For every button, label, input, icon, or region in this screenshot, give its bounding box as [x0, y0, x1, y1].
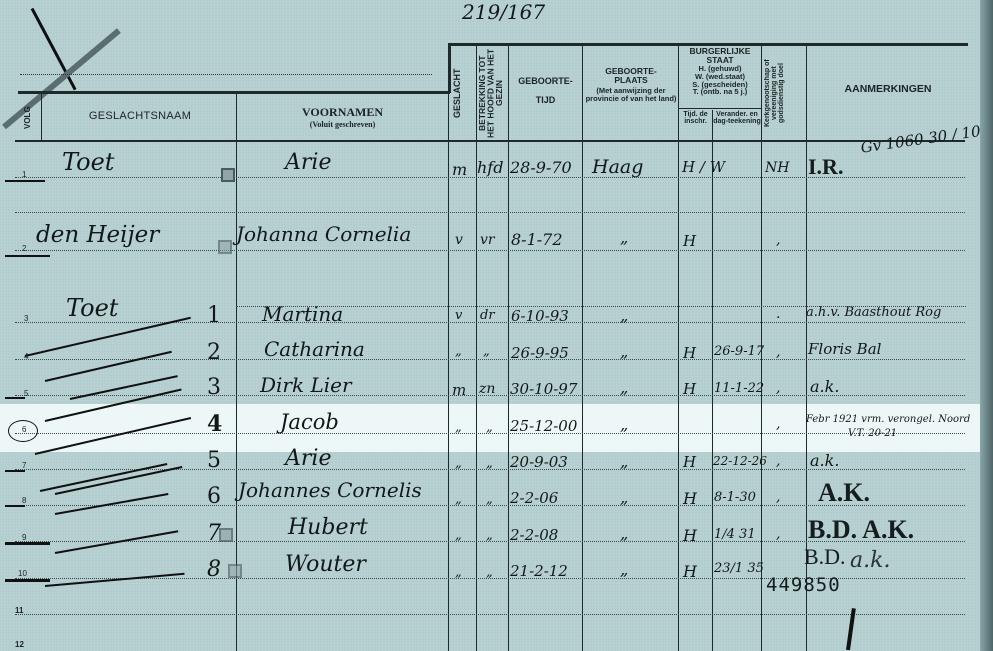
- header-bs-verander: Verander. en dag-teekening: [713, 111, 761, 126]
- reference-number: 219/167: [462, 0, 545, 24]
- header-geboorteplaats: GEBOORTE- PLAATS (Met aanwijzing der pro…: [584, 67, 678, 103]
- birthdate: 21-2-12: [510, 562, 568, 580]
- ditto-strike: [55, 530, 178, 554]
- birthplace: „: [620, 524, 628, 543]
- ditto-strike: [45, 351, 172, 382]
- child-number: 8: [207, 557, 221, 582]
- relation: zn: [479, 381, 495, 397]
- birthplace: „: [620, 306, 628, 325]
- birthdate: 28-9-70: [510, 158, 572, 177]
- row-number: 10: [18, 569, 27, 578]
- sex: „: [455, 420, 462, 435]
- row-number: 7: [22, 461, 26, 470]
- civil-status: H: [683, 489, 697, 508]
- row-line: [15, 614, 965, 615]
- firstname: Arie: [285, 150, 331, 175]
- civil-status: H: [683, 344, 696, 362]
- row-number: 11: [15, 606, 23, 615]
- ditto-strike: [55, 466, 183, 495]
- header-geboortetijd-line2: TIJD: [509, 96, 582, 105]
- church: .: [776, 306, 780, 322]
- relation: „: [486, 492, 493, 507]
- ditto-strike: [70, 375, 178, 400]
- firstname: Wouter: [285, 552, 366, 577]
- checkbox-mark: [219, 528, 233, 542]
- registration-card: 219/167 VOLG GESLACHTSNAAM VOORNAMEN (Vo…: [0, 0, 980, 651]
- civil-status: H: [683, 453, 696, 471]
- relation: dr: [480, 308, 495, 323]
- checkbox-mark: [221, 168, 235, 182]
- birthplace: „: [620, 560, 628, 579]
- header-bottom-rule: [15, 140, 965, 142]
- relation: „: [486, 565, 493, 580]
- child-number: 1: [207, 303, 221, 328]
- church: ,: [776, 232, 780, 248]
- church: ,: [776, 344, 780, 360]
- row-line: [15, 212, 965, 213]
- remark-stamp: B.D.: [804, 544, 846, 570]
- birthdate: 2-2-08: [510, 526, 558, 544]
- civil-status: H / W: [682, 158, 725, 176]
- header-kerkgenootschap: Kerkgenootschap of vereeniging met godsd…: [764, 47, 804, 139]
- header-step-rule: [18, 91, 450, 94]
- birthplace: „: [620, 228, 628, 247]
- relation: vr: [480, 232, 495, 248]
- church: ,: [776, 526, 780, 542]
- checkbox-mark: [228, 564, 242, 578]
- header-geslacht: GESLACHT: [453, 50, 462, 136]
- header-bs-title: BURGERLIJKE STAAT: [679, 47, 761, 65]
- header-geboorteplaats-sub: (Met aanwijzing der provincie of van het…: [584, 87, 678, 103]
- col-line-betrekking: [476, 43, 477, 651]
- birthdate: 8-1-72: [511, 230, 563, 249]
- church: ,: [776, 489, 780, 505]
- civil-date: 22-12-26: [713, 454, 767, 468]
- row-line: [15, 250, 965, 251]
- birthplace: „: [620, 452, 628, 471]
- ditto-strike: [40, 463, 168, 492]
- child-number: 2: [207, 340, 221, 365]
- birthdate: 30-10-97: [510, 380, 577, 398]
- header-volg: VOLG: [24, 100, 32, 136]
- birthplace: „: [620, 378, 628, 397]
- col-line-verander: [712, 110, 713, 651]
- col-line-geboorteplaats: [582, 43, 583, 651]
- row-number: 2: [22, 244, 26, 253]
- checkbox-mark: [218, 240, 232, 254]
- header-aanmerkingen: AANMERKINGEN: [808, 84, 968, 95]
- birthdate: 26-9-95: [511, 344, 569, 362]
- burgerlijke-subrule: [678, 108, 761, 109]
- relation: „: [486, 420, 493, 435]
- remark-stamp: A.K.: [818, 478, 870, 508]
- row-circle-mark: [8, 420, 38, 442]
- child-number: 3: [207, 375, 221, 400]
- birthplace: „: [620, 488, 628, 507]
- child-number: 5: [207, 448, 221, 473]
- margin-tick: [5, 180, 45, 182]
- col-line-burgerlijke: [678, 43, 679, 651]
- surname: Toet: [66, 294, 118, 322]
- remark-note: a.k.: [850, 548, 890, 573]
- civil-date: 23/1 35: [714, 561, 764, 576]
- birthdate: 25-12-00: [510, 417, 577, 435]
- birthdate: 2-2-06: [510, 489, 558, 507]
- remark-note: Gv 1060 30 / 1015 6: [859, 117, 993, 156]
- relation: „: [486, 528, 493, 543]
- header-voornamen: VOORNAMEN: [240, 106, 445, 119]
- remark-note-sub: V.T. 20-21: [848, 428, 897, 439]
- relation: „: [483, 344, 490, 359]
- row-number: 1: [22, 170, 26, 179]
- header-dotted-guide: [20, 74, 432, 75]
- birthplace: „: [620, 342, 628, 361]
- birthplace: „: [620, 415, 628, 434]
- header-geboortetijd: GEBOORTE- TIJD: [509, 77, 582, 106]
- header-step-vertical: [448, 43, 451, 93]
- card-edge: [980, 0, 993, 651]
- header-geslachtsnaam: GESLACHTSNAAM: [60, 111, 220, 123]
- header-geboorteplaats-line2: PLAATS: [584, 76, 678, 85]
- sex: v: [455, 232, 463, 248]
- remark-stamp: B.D. A.K.: [808, 515, 914, 545]
- firstname: Catharina: [264, 337, 365, 361]
- col-line-volg: [41, 93, 42, 140]
- firstname: Martina: [262, 302, 343, 326]
- remark-note: a.k.: [810, 377, 839, 396]
- row-number: 8: [22, 496, 26, 505]
- firstname: Dirk Lier: [260, 373, 352, 397]
- remark-stamp: I.R.: [808, 154, 843, 180]
- civil-date: 8-1-30: [714, 490, 756, 505]
- firstname: Johannes Cornelis: [238, 478, 422, 502]
- row-number: 9: [22, 533, 26, 542]
- civil-date: 1/4 31: [714, 527, 756, 542]
- civil-status: H: [683, 232, 696, 250]
- row-number: 12: [15, 640, 24, 649]
- civil-date: 26-9-17: [714, 344, 764, 359]
- margin-tick: [5, 255, 50, 257]
- header-geboortetijd-line1: GEBOORTE-: [509, 77, 582, 86]
- sex: „: [455, 456, 462, 471]
- cross-mark: [31, 8, 77, 91]
- margin-tick: [5, 397, 25, 399]
- civil-status: H: [683, 526, 697, 545]
- remark-note: Floris Bal: [808, 340, 881, 358]
- firstname: Arie: [285, 446, 331, 471]
- firstname: Hubert: [288, 515, 368, 540]
- row-line: [15, 359, 965, 360]
- margin-tick: [5, 470, 25, 472]
- remark-note: Febr 1921 vrm. verongel. Noord: [806, 414, 970, 425]
- child-number: 4: [207, 411, 222, 437]
- civil-status: H: [683, 562, 697, 581]
- church: ,: [776, 416, 780, 432]
- remark-note: a.k.: [810, 451, 839, 470]
- civil-date: 11-1-22: [714, 381, 764, 396]
- remark-note: a.h.v. Baasthout Rog: [806, 305, 941, 320]
- sex: „: [455, 492, 462, 507]
- header-bs-tijd: Tijd. de inschr.: [679, 111, 712, 126]
- firstname: Jacob: [280, 410, 339, 434]
- col-line-geboortetijd: [508, 43, 509, 651]
- firstname: Johanna Cornelia: [236, 222, 411, 246]
- header-voornamen-sub: (Voluit geschreven): [240, 121, 445, 129]
- stamp-number: 449850: [766, 574, 841, 596]
- birthdate: 6-10-93: [511, 307, 569, 325]
- church: NH: [765, 160, 789, 176]
- header-burgerlijke-staat: BURGERLIJKE STAAT H. (gehuwd) W. (wed.st…: [679, 47, 761, 96]
- header-betrekking: BETREKKING TOT HET HOOFD VAN HET GEZIN: [478, 47, 506, 139]
- sex: m: [452, 381, 466, 399]
- birthdate: 20-9-03: [510, 453, 568, 471]
- church: ,: [776, 380, 780, 396]
- civil-status: H: [683, 380, 696, 398]
- church: ,: [776, 453, 780, 469]
- sex: m: [452, 160, 467, 179]
- ditto-strike: [45, 573, 185, 587]
- birthplace: Haag: [592, 156, 643, 178]
- sex: „: [455, 565, 462, 580]
- sex: „: [455, 528, 462, 543]
- margin-tick: [5, 579, 50, 582]
- margin-tick: [5, 542, 50, 545]
- surname: den Heijer: [36, 222, 159, 248]
- relation: „: [486, 456, 493, 471]
- sex: „: [455, 344, 462, 359]
- margin-tick: [5, 505, 25, 507]
- sex: v: [455, 308, 462, 323]
- row-number: 3: [24, 314, 28, 323]
- child-number: 6: [207, 484, 221, 509]
- ditto-strike: [55, 493, 169, 515]
- surname: Toet: [62, 148, 114, 176]
- header-bs-t: T. (ontb. na 5 j.): [679, 88, 761, 96]
- relation: hfd: [477, 158, 503, 177]
